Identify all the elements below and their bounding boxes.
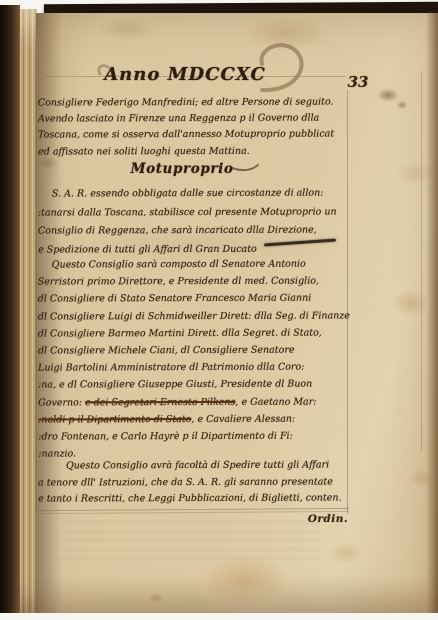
- ink-showthrough: [60, 520, 320, 560]
- manuscript-line: :dro Fontenan, e Carlo Hayrè p il Dipart…: [38, 427, 352, 445]
- manuscript-text: Consiglio di Reggenza, che sarà incarica…: [38, 225, 317, 237]
- manuscript-text: :na, e dl Consigliere Giuseppe Giusti, P…: [38, 379, 312, 391]
- section-heading: Motuproprio: [112, 161, 252, 177]
- manuscript-text: Serristori primo Direttore, e Presidente…: [38, 276, 319, 288]
- manuscript-page-scan: Anno MDCCXC 33 Motuproprio Consigliere F…: [0, 0, 438, 620]
- manuscript-line: Consiglio di Reggenza, che sarà incarica…: [38, 222, 352, 242]
- manuscript-text: ed affissato nei soliti luoghi questa Ma…: [38, 145, 250, 157]
- manuscript-text: Consigliere Federigo Manfredini; ed altr…: [38, 97, 334, 109]
- manuscript-line: ed affissato nei soliti luoghi questa Ma…: [38, 143, 352, 160]
- manuscript-text: e Spedizione di tutti gli Affari dl Gran…: [38, 244, 257, 256]
- manuscript-text: :tanarsi dalla Toscana, stabilisce col p…: [38, 206, 337, 218]
- manuscript-text: Questo Consiglio avrà facoltà di Spedire…: [66, 460, 329, 472]
- manuscript-line: dl Consigliere Michele Ciani, dl Consigl…: [38, 341, 352, 359]
- manuscript-line: dl Consigliere Luigi di Schmidweiller Di…: [38, 307, 352, 325]
- manuscript-line: dl Consigliere di Stato Senatore Frances…: [38, 290, 352, 308]
- manuscript-text: e tanto i Rescritti, che Leggi Pubblicaz…: [38, 493, 341, 505]
- manuscript-line: :tanarsi dalla Toscana, stabilisce col p…: [38, 203, 352, 223]
- motuproprio-paragraph-2: Questo Consiglio sarà composto dl Senato…: [38, 255, 353, 463]
- manuscript-text: dl Consigliere Luigi di Schmidweiller Di…: [38, 310, 350, 322]
- motuproprio-paragraph-3: Questo Consiglio avrà facoltà di Spedire…: [38, 457, 352, 508]
- intro-paragraph: Consigliere Federigo Manfredini; ed altr…: [38, 94, 352, 160]
- margin-rule-outer: [421, 72, 422, 452]
- manuscript-line: Questo Consiglio sarà composto dl Senato…: [38, 255, 352, 273]
- manuscript-text: a tenore dll' Istruzioni, che da S. A. R…: [38, 476, 333, 488]
- manuscript-text: dl Consigliere Barmeo Martini Dirett. dl…: [38, 327, 322, 339]
- manuscript-text: :dro Fontenan, e Carlo Hayrè p il Dipart…: [38, 431, 293, 443]
- struck-text: :noldi p il Dipartimento di Stato: [38, 414, 191, 426]
- manuscript-text: Governo:: [38, 397, 85, 408]
- page-number: 33: [341, 73, 375, 91]
- manuscript-line: Serristori primo Direttore, e Presidente…: [38, 273, 352, 291]
- manuscript-text: Luigi Bartolini Amministratore dl Patrim…: [38, 362, 304, 374]
- manuscript-text: , e Cavaliere Alessan:: [191, 413, 295, 424]
- manuscript-line: a tenore dll' Istruzioni, che da S. A. R…: [38, 474, 352, 492]
- manuscript-line: e tanto i Rescritti, che Leggi Pubblicaz…: [38, 491, 352, 509]
- manuscript-line: Governo: e dei Segretari Ernesto Pilkens…: [38, 393, 352, 411]
- manuscript-text: S. A. R. essendo obbligata dalle sue cir…: [52, 188, 324, 200]
- manuscript-line: Toscana, come si osserva dall'annesso Mo…: [38, 127, 352, 144]
- manuscript-text: Avendo lasciato in Firenze una Reggenza …: [38, 113, 319, 125]
- manuscript-text: dl Consigliere Michele Ciani, dl Consigl…: [38, 345, 295, 357]
- manuscript-line: Consigliere Federigo Manfredini; ed altr…: [38, 94, 352, 111]
- struck-text: e dei Segretari Ernesto Pilkens: [85, 396, 235, 408]
- manuscript-line: :noldi p il Dipartimento di Stato, e Cav…: [38, 410, 352, 428]
- manuscript-line: Luigi Bartolini Amministratore dl Patrim…: [38, 359, 352, 377]
- manuscript-line: Questo Consiglio avrà facoltà di Spedire…: [38, 457, 352, 475]
- manuscript-text: dl Consigliere di Stato Senatore Frances…: [38, 293, 312, 305]
- manuscript-text: Questo Consiglio sarà composto dl Senato…: [52, 259, 306, 271]
- manuscript-line: S. A. R. essendo obbligata dalle sue cir…: [38, 184, 352, 204]
- manuscript-text: Toscana, come si osserva dall'annesso Mo…: [38, 129, 334, 141]
- manuscript-text: , e Gaetano Mar:: [235, 396, 316, 407]
- manuscript-line: :na, e dl Consigliere Giuseppe Giusti, P…: [38, 376, 352, 394]
- catchword: Ordin.: [38, 513, 348, 525]
- manuscript-line: dl Consigliere Barmeo Martini Dirett. dl…: [38, 324, 352, 342]
- manuscript-line: Avendo lasciato in Firenze una Reggenza …: [38, 111, 352, 128]
- paper-right-edge: [426, 13, 438, 613]
- page-edge-stack: [20, 9, 37, 613]
- book-binding-gutter: [0, 5, 20, 613]
- year-heading: Anno MDCCXC: [100, 64, 270, 85]
- motuproprio-paragraph-1: S. A. R. essendo obbligata dalle sue cir…: [38, 184, 352, 260]
